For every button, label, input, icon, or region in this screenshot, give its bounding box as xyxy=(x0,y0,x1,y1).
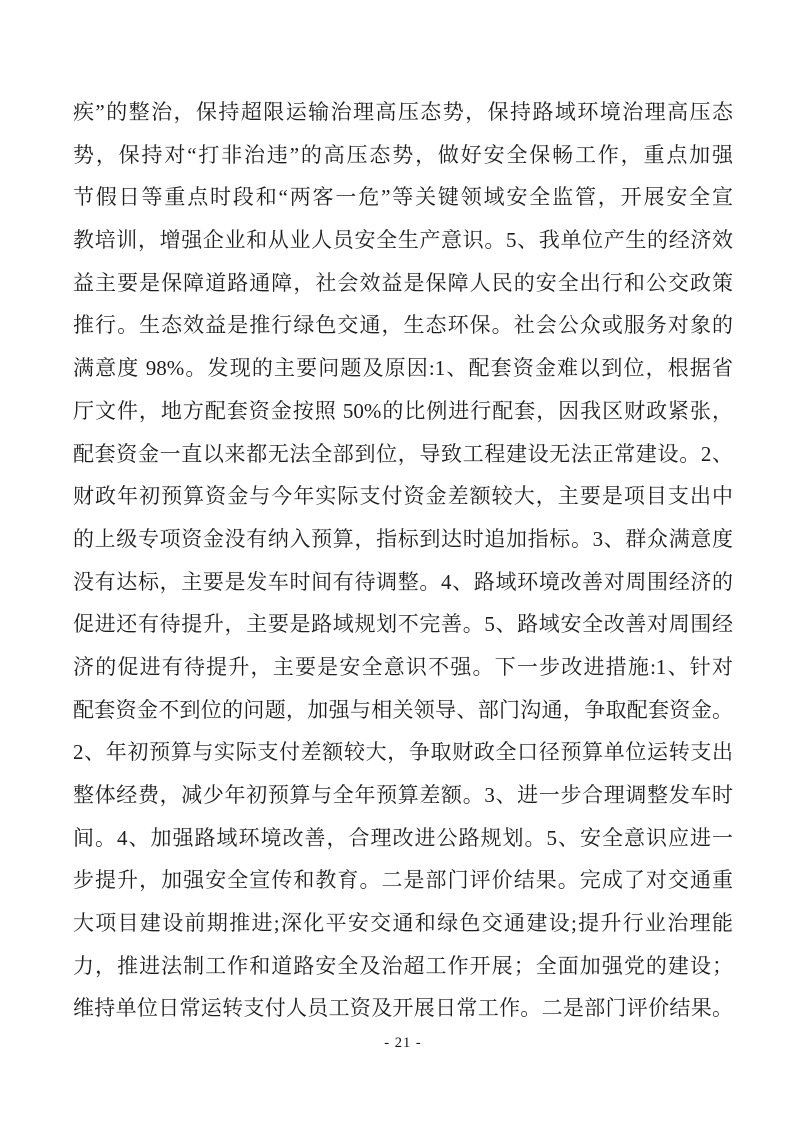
body-text: 疾”的整治，保持超限运输治理高压态势，保持路域环境治理高压态势，保持对“打非治违… xyxy=(73,91,733,1030)
text-line: 力，推进法制工作和道路安全及治超工作开展；全面加强党的建设； xyxy=(73,945,733,988)
text-line: 没有达标，主要是发车时间有待调整。4、路域环境改善对周围经济的 xyxy=(73,561,733,604)
text-line: 厅文件，地方配套资金按照 50%的比例进行配套，因我区财政紧张， xyxy=(73,390,733,433)
text-line: 节假日等重点时段和“两客一危”等关键领域安全监管，开展安全宣 xyxy=(73,176,733,219)
text-line: 2、年初预算与实际支付差额较大，争取财政全口径预算单位运转支出 xyxy=(73,731,733,774)
text-line: 推行。生态效益是推行绿色交通，生态环保。社会公众或服务对象的 xyxy=(73,304,733,347)
text-line: 满意度 98%。发现的主要问题及原因:1、配套资金难以到位，根据省 xyxy=(73,347,733,390)
text-line: 配套资金一直以来都无法全部到位，导致工程建设无法正常建设。2、 xyxy=(73,433,733,476)
text-line: 势，保持对“打非治违”的高压态势，做好安全保畅工作，重点加强 xyxy=(73,134,733,177)
text-line: 益主要是保障道路通障，社会效益是保障人民的安全出行和公交政策 xyxy=(73,262,733,305)
text-line: 财政年初预算资金与今年实际支付资金差额较大，主要是项目支出中 xyxy=(73,475,733,518)
text-line: 步提升，加强安全宣传和教育。二是部门评价结果。完成了对交通重 xyxy=(73,859,733,902)
text-line: 维持单位日常运转支付人员工资及开展日常工作。二是部门评价结果。 xyxy=(73,987,733,1030)
text-line: 间。4、加强路域环境改善，合理改进公路规划。5、安全意识应进一 xyxy=(73,817,733,860)
text-line: 的上级专项资金没有纳入预算，指标到达时追加指标。3、群众满意度 xyxy=(73,518,733,561)
page-footer: - 21 - xyxy=(73,1033,733,1053)
text-line: 疾”的整治，保持超限运输治理高压态势，保持路域环境治理高压态 xyxy=(73,91,733,134)
text-line: 教培训，增强企业和从业人员安全生产意识。5、我单位产生的经济效 xyxy=(73,219,733,262)
document-page: 疾”的整治，保持超限运输治理高压态势，保持路域环境治理高压态势，保持对“打非治违… xyxy=(0,0,793,1122)
text-line: 配套资金不到位的问题，加强与相关领导、部门沟通，争取配套资金。 xyxy=(73,689,733,732)
text-line: 大项目建设前期推进;深化平安交通和绿色交通建设;提升行业治理能 xyxy=(73,902,733,945)
text-line: 整体经费，减少年初预算与全年预算差额。3、进一步合理调整发车时 xyxy=(73,774,733,817)
page-number: - 21 - xyxy=(384,1035,421,1051)
text-line: 济的促进有待提升，主要是安全意识不强。下一步改进措施:1、针对 xyxy=(73,646,733,689)
text-line: 促进还有待提升，主要是路域规划不完善。5、路域安全改善对周围经 xyxy=(73,603,733,646)
